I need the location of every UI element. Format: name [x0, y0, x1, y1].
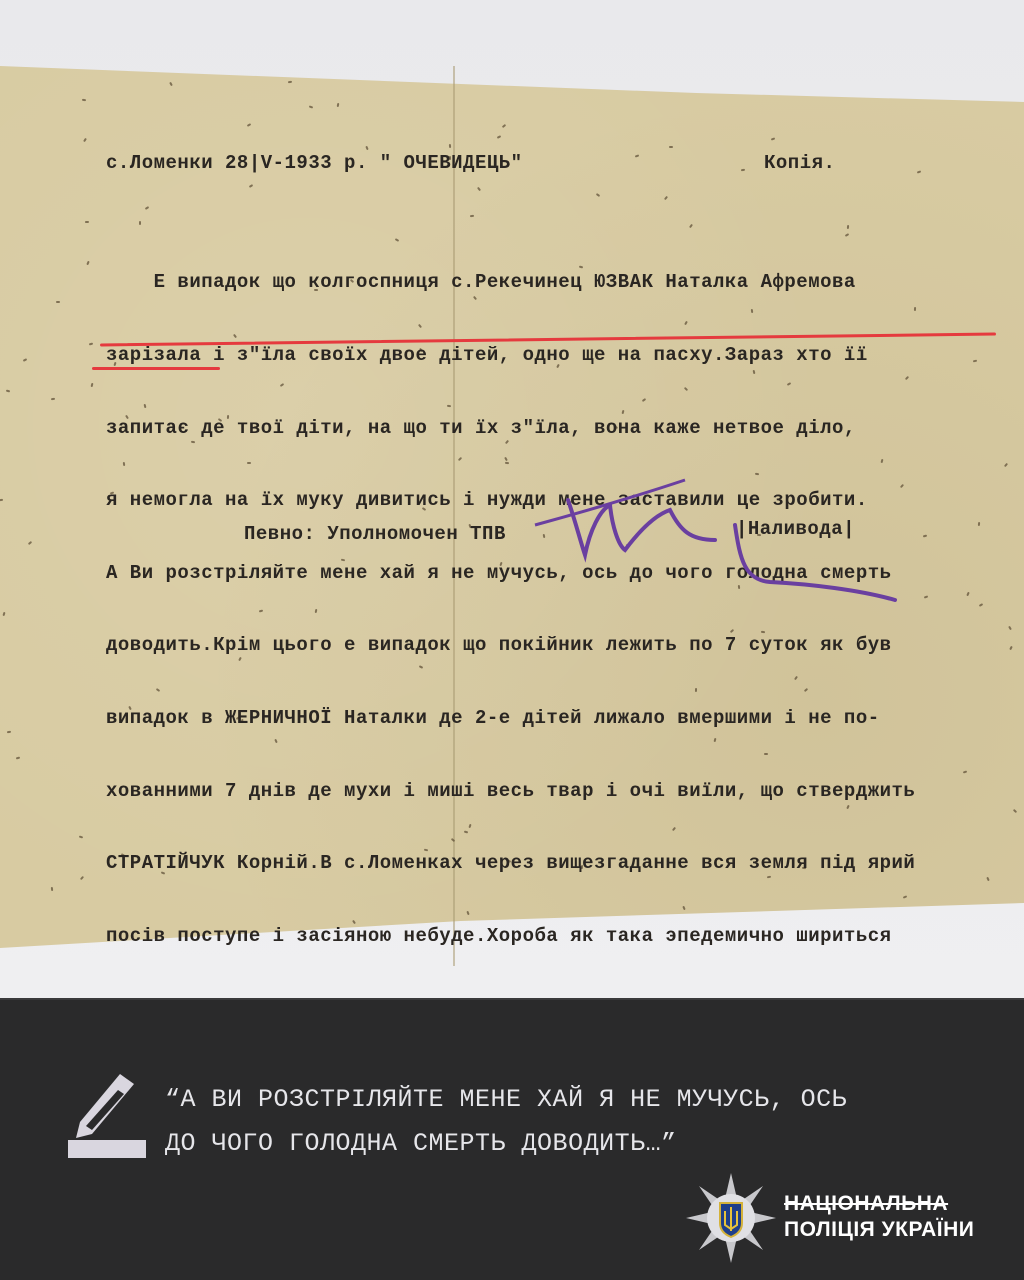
- quote-line-2: ДО ЧОГО ГОЛОДНА СМЕРТЬ ДОВОДИТЬ…”: [165, 1122, 847, 1166]
- handwritten-signature-icon: [530, 470, 910, 610]
- police-star-emblem-icon: [686, 1173, 776, 1263]
- body-line-highlighted: доводить.Крім цього е випадок що покійни…: [106, 633, 915, 657]
- brand-line-1: НАЦІОНАЛЬНА: [784, 1191, 974, 1217]
- quote-text: “А ВИ РОЗСТРІЛЯЙТЕ МЕНЕ ХАЙ Я НЕ МУЧУСЬ,…: [165, 1078, 847, 1166]
- highlight-underline-2: [92, 367, 220, 370]
- body-line: хованними 7 днів де мухи і миші весь тва…: [106, 779, 915, 803]
- body-line: зарізала і з"їла своїх двое дітей, одно …: [106, 343, 915, 367]
- signature-name: |Наливода|: [736, 518, 855, 540]
- body-line: випадок в ЖЕРНИЧНОЇ Наталки де 2-е дітей…: [106, 706, 915, 730]
- body-line: СТРАТІЙЧУК Корній.В с.Ломенках через вищ…: [106, 851, 915, 875]
- brand-name: НАЦІОНАЛЬНА ПОЛІЦІЯ УКРАЇНИ: [784, 1191, 974, 1243]
- signature-label: Певно: Уполномочен ТПВ: [244, 523, 506, 545]
- pen-icon: [68, 1070, 148, 1160]
- body-line: запитає де твої діти, на що ти їх з"їла,…: [106, 416, 915, 440]
- quote-line-1: “А ВИ РОЗСТРІЛЯЙТЕ МЕНЕ ХАЙ Я НЕ МУЧУСЬ,…: [165, 1078, 847, 1122]
- document-header-place-date: с.Ломенки 28|V-1933 р. " ОЧЕВИДЕЦЬ": [106, 152, 523, 174]
- document-photo: с.Ломенки 28|V-1933 р. " ОЧЕВИДЕЦЬ" Копі…: [0, 0, 1024, 998]
- body-line: Е випадок що колгоспниця с.Рекечинец ЮЗВ…: [106, 270, 915, 294]
- document-header-copy: Копія.: [764, 152, 835, 174]
- body-line: посів поступе і засіяною небуде.Хороба я…: [106, 924, 915, 948]
- brand-line-2: ПОЛІЦІЯ УКРАЇНИ: [784, 1217, 974, 1243]
